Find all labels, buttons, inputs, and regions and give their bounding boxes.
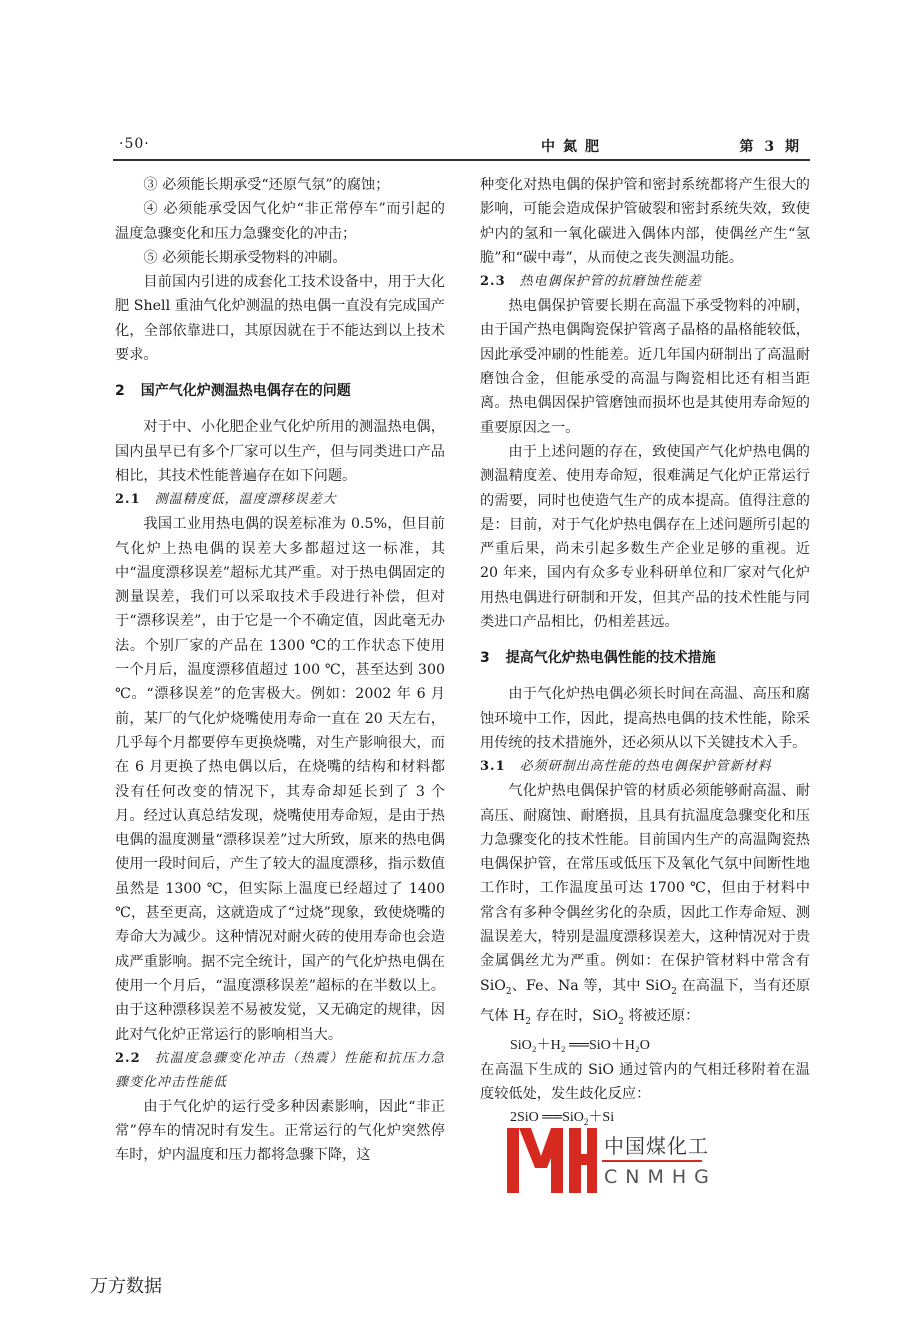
paragraph: 在高温下生成的 SiO 通过管内的气相迁移附着在温度较低处，发生歧化反应： — [480, 1058, 810, 1107]
watermark-rule — [602, 1160, 702, 1162]
paragraph: 由于上述问题的存在，致使国产气化炉热电偶的测温精度差、使用寿命短，很难满足气化炉… — [480, 440, 810, 634]
subsection-heading-3-1: 3.1必须研制出高性能的热电偶保护管新材料 — [480, 755, 810, 779]
header-rule — [113, 159, 810, 161]
section-heading-2: 2国产气化炉测温热电偶存在的问题 — [115, 379, 445, 403]
section-heading-3: 3提高气化炉热电偶性能的技术措施 — [480, 646, 810, 670]
right-column: 种变化对热电偶的保护管和密封系统都将产生很大的影响，可能会造成保护管破裂和密封系… — [480, 173, 810, 1134]
paragraph: 由于气化炉热电偶必须长时间在高温、高压和腐蚀环境中工作，因此，提高热电偶的技术性… — [480, 682, 810, 755]
requirement-item-5: ⑤ 必须能长期承受物料的冲刷。 — [115, 246, 445, 270]
issue-number: 第 3 期 — [740, 136, 803, 156]
page-number: ·50· — [119, 136, 150, 152]
page-header: ·50· 中氮肥 第 3 期 — [113, 136, 808, 158]
source-footer: 万方数据 — [90, 1272, 162, 1298]
requirement-item-3: ③ 必须能长期承受“还原气氛”的腐蚀； — [115, 173, 445, 197]
paragraph: 目前国内引进的成套化工技术设备中，用于大化肥 Shell 重油气化炉测温的热电偶… — [115, 270, 445, 367]
journal-name: 中氮肥 — [541, 136, 607, 156]
paragraph: 对于中、小化肥企业气化炉所用的测温热电偶，国内虽早已有多个厂家可以生产，但与同类… — [115, 415, 445, 488]
cnmhg-logo-icon — [507, 1128, 597, 1193]
watermark-english: CNMHG — [602, 1166, 719, 1188]
equation-1: SiO₂＋H₂ ══SiO＋H₂O — [510, 1034, 810, 1058]
paragraph: 由于气化炉的运行受多种因素影响，因此“非正常”停车的情况时有发生。正常运行的气化… — [115, 1095, 445, 1168]
watermark-chinese: 中国煤化工 — [602, 1130, 711, 1159]
paragraph: 种变化对热电偶的保护管和密封系统都将产生很大的影响，可能会造成保护管破裂和密封系… — [480, 173, 810, 270]
subsection-heading-2-1: 2.1测温精度低，温度漂移误差大 — [115, 488, 445, 512]
paragraph: 热电偶保护管要长期在高温下承受物料的冲刷，由于国产热电偶陶瓷保护管离子晶格的晶格… — [480, 294, 810, 440]
left-column: ③ 必须能长期承受“还原气氛”的腐蚀； ④ 必须能承受因气化炉“非正常停车”而引… — [115, 173, 445, 1168]
requirement-item-4: ④ 必须能承受因气化炉“非正常停车”而引起的温度急骤变化和压力急骤变化的冲击； — [115, 197, 445, 246]
paragraph: 我国工业用热电偶的误差标准为 0.5%，但目前气化炉上热电偶的误差大多都超过这一… — [115, 512, 445, 1047]
subsection-heading-2-2: 2.2抗温度急骤变化冲击（热震）性能和抗压力急骤变化冲击性能低 — [115, 1047, 445, 1095]
paragraph: 气化炉热电偶保护管的材质必须能够耐高温、耐高压、耐腐蚀、耐磨损，且具有抗温度急骤… — [480, 779, 810, 1034]
watermark-logo: 中国煤化工 CNMHG — [507, 1128, 722, 1193]
subsection-heading-2-3: 2.3热电偶保护管的抗磨蚀性能差 — [480, 270, 810, 294]
